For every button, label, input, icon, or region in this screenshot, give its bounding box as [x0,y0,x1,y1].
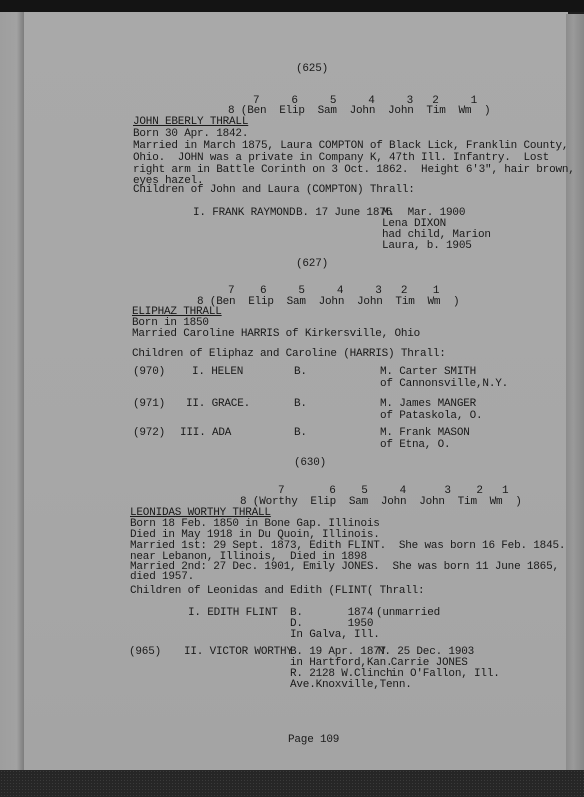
child-name: I. HELEN [192,366,243,379]
record-ref: (627) [296,258,328,271]
child-birth: B. [294,427,307,440]
scanner-background-top [0,0,584,12]
child-marriage: of Pataskola, O. [380,410,482,423]
child-marriage: of Cannonsville,N.Y. [380,378,508,391]
detail-line: Married Caroline HARRIS of Kirkersville,… [132,328,420,341]
child-name: II. GRACE. [186,398,250,411]
child-ref: (970) [133,366,165,379]
lineage-line: 8 (Ben Elip Sam John John Tim Wm ) [197,296,459,309]
scanner-background-bottom [0,770,584,797]
child-name: I. FRANK RAYMOND [193,207,295,220]
detail-line: Married 2nd: 27 Dec. 1901, Emily JONES. … [130,561,559,574]
adjacent-page-edge [0,12,24,772]
record-ref: (630) [294,457,326,470]
detail-line: died 1957. [130,571,194,584]
child-marriage: Laura, b. 1905 [382,240,472,253]
page-stack-edge [566,14,584,770]
child-birth: B. 17 June 1876 [296,207,392,220]
children-heading: Children of Leonidas and Edith (FLINT( T… [130,585,424,598]
child-marriage: in O'Fallon, Ill. [378,668,500,681]
child-birth: B. [294,398,307,411]
child-ref: (972) [133,427,165,440]
page-number: Page 109 [288,734,339,747]
child-name: II. VICTOR WORTHY [184,646,293,659]
child-ref: (971) [133,398,165,411]
child-birth: In Galva, Ill. [290,629,380,642]
child-name: I. EDITH FLINT [188,607,278,620]
lineage-line: 8 (Ben Elip Sam John John Tim Wm ) [228,105,490,118]
child-ref: (965) [129,646,161,659]
child-birth: B. [294,366,307,379]
children-heading: Children of John and Laura (COMPTON) Thr… [133,184,415,197]
children-heading: Children of Eliphaz and Caroline (HARRIS… [132,348,446,361]
child-marriage: (unmarried [376,607,440,620]
lineage-line: 8 (Worthy Elip Sam John John Tim Wm ) [240,496,522,509]
child-name: III. ADA [180,427,231,440]
record-ref: (625) [296,63,328,76]
child-marriage: of Etna, O. [380,439,450,452]
